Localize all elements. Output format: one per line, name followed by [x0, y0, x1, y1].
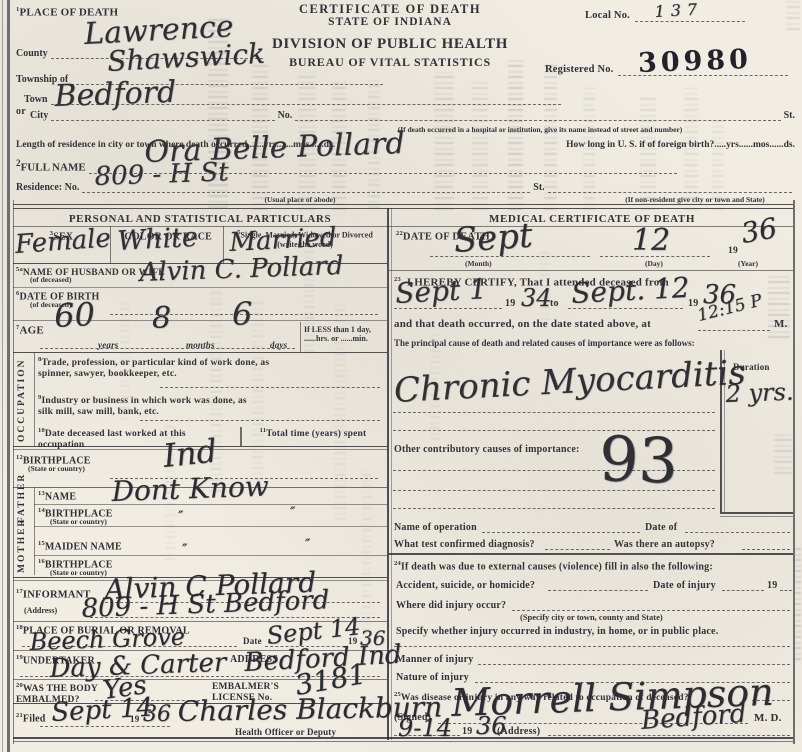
cause-of-death-value: Chronic Myocarditis	[393, 356, 746, 408]
husband-wife-sub: (of deceased)	[30, 276, 71, 285]
specify-injury-label: Specify whether injury occurred in indus…	[396, 626, 718, 638]
age-less-than-day-label: If LESS than 1 day, ......hrs. or ......…	[304, 325, 384, 343]
city-value: Bedford	[54, 78, 177, 112]
father-name-label: 13NAME	[38, 490, 76, 503]
manner-blank	[478, 664, 790, 665]
external-section-line	[389, 553, 793, 555]
abode-note: (Usual place of abode)	[200, 196, 400, 205]
form-right-border	[793, 200, 795, 744]
autopsy-blank	[742, 549, 790, 550]
injury-year-blank	[780, 590, 792, 591]
township-value: Shawswick	[107, 40, 266, 76]
local-no-line	[635, 21, 745, 22]
age-months-label: months	[186, 340, 215, 351]
death-certificate-scan: 1PLACE OF DEATH CERTIFICATE OF DEATH STA…	[0, 0, 802, 752]
birthplace-value: Ind	[162, 435, 219, 472]
death-month-value: Sept	[453, 219, 534, 258]
signed-date-value: 9-14	[398, 716, 452, 740]
signed-address-value: Bedford	[640, 701, 747, 734]
local-no-label: Local No.	[585, 10, 630, 22]
manner-of-injury-label: Manner of injury	[396, 654, 473, 666]
street-no-label: No.	[278, 110, 293, 121]
row-line	[34, 555, 387, 556]
street-label: St.	[784, 110, 795, 121]
certificate-title: CERTIFICATE OF DEATH	[250, 2, 530, 17]
where-injury-note: (Specify city or town, county and State)	[520, 613, 663, 623]
mother-maiden-label: 15MAIDEN NAME	[38, 540, 122, 553]
attended-to-value: Sept. 12	[571, 274, 691, 308]
where-injury-blank	[512, 610, 790, 611]
duration-box-bottom-1	[720, 512, 793, 514]
bureau-title: BUREAU OF VITAL STATISTICS	[240, 55, 540, 69]
signed-year-prefix: 19	[462, 726, 472, 738]
death-day-sub: (Day)	[645, 260, 663, 269]
row-line	[34, 526, 387, 527]
age-years-label: years	[98, 340, 119, 351]
test-label: What test confirmed diagnosis?	[394, 539, 535, 551]
how-long-in-us-text: How long in U. S. if of foreign birth?..…	[566, 140, 795, 150]
age-label: 7AGE	[16, 324, 44, 338]
signed-address-blank	[548, 735, 790, 736]
residence-length-row: Length of residence in city or town wher…	[16, 140, 795, 150]
death-day-value: 12	[632, 226, 670, 256]
accident-label: Accident, suicide, or homicide?	[396, 580, 535, 592]
operation-date-blank	[685, 532, 790, 533]
occupation-side-label: OCCUPATION	[17, 358, 27, 442]
attended-from-value: Sept 1	[395, 275, 488, 308]
birthplace-sub: (State or country)	[28, 465, 85, 474]
city-label: City	[30, 110, 48, 121]
death-year-sub: (Year)	[738, 260, 758, 269]
death-time-blank	[698, 330, 770, 331]
operation-label: Name of operation	[394, 522, 477, 534]
trade-blank	[160, 387, 380, 388]
registered-no-value: 30980	[637, 44, 752, 79]
mother-maiden-ditto: ″	[182, 543, 187, 557]
death-occurred-text: and that death occurred, on the date sta…	[394, 318, 651, 331]
age-months-value: 8	[152, 304, 171, 334]
mother-side-label: MOTHER	[17, 527, 27, 573]
husband-wife-value: Alvin C. Pollard	[139, 253, 344, 286]
test-blank	[545, 549, 610, 550]
meridian-label: M.	[774, 318, 788, 331]
contributory-value: 93	[598, 428, 679, 493]
attended-from-year-value: 34	[521, 286, 552, 310]
mother-maiden-ditto: ″	[305, 538, 310, 552]
ink-smudge	[774, 430, 792, 474]
age-blank-line	[40, 348, 295, 349]
industry-label: 9Industry or business in which work was …	[38, 394, 263, 419]
attended-from-year-prefix: 19	[505, 298, 515, 310]
color-race-value: White	[117, 224, 199, 255]
scan-edge-line	[2, 0, 3, 752]
operation-date-label: Date of	[645, 522, 677, 534]
external-causes-label: 24If death was due to external causes (v…	[394, 560, 713, 573]
nonresident-note: (If non-resident give city or town and S…	[590, 196, 800, 205]
county-label: County	[16, 48, 48, 59]
father-birthplace-ditto: ″	[178, 510, 183, 524]
state-title: STATE OF INDIANA	[250, 16, 530, 30]
dotted-line	[548, 190, 792, 193]
filed-label: 21Filed	[16, 712, 46, 725]
death-year-prefix: 19	[728, 246, 738, 257]
where-injury-label: Where did injury occur?	[396, 600, 506, 612]
sidebar-divider	[34, 352, 35, 446]
full-name-label: 2FULL NAME	[16, 158, 86, 174]
division-title: DIVISION OF PUBLIC HEALTH	[240, 36, 540, 54]
bleed-noise	[362, 470, 371, 630]
industry-blank	[140, 420, 380, 421]
residence-value: 809 - H St	[94, 159, 229, 190]
trade-label: 8Trade, profession, or particular kind o…	[38, 356, 273, 381]
specify-blank	[394, 646, 790, 647]
health-officer-label: Health Officer or Deputy	[235, 727, 336, 738]
row-line	[13, 287, 387, 288]
age-days-label: days	[270, 340, 287, 351]
father-birthplace-ditto: ″	[290, 506, 295, 520]
scan-corner-smudge	[786, 0, 800, 30]
total-time-label: 11Total time (years) spent	[246, 427, 380, 440]
operation-blank	[482, 532, 640, 533]
contributory-label: Other contributory causes of importance:	[394, 444, 580, 456]
autopsy-label: Was there an autopsy?	[614, 539, 715, 551]
row-line	[389, 270, 793, 271]
bleed-noise	[252, 300, 263, 480]
accident-blank	[548, 590, 648, 591]
dotted-line	[82, 190, 530, 193]
death-year-value: 36	[739, 214, 779, 248]
local-no-value: 137	[654, 1, 703, 20]
filed-year-value: 36	[143, 704, 171, 726]
filed-date-value: Sept 14	[51, 695, 154, 726]
dotted-line	[51, 118, 274, 121]
registered-no-label: Registered No.	[545, 64, 614, 76]
age-days-value: 6	[232, 298, 252, 330]
scan-edge-line-thick	[7, 0, 10, 752]
burial-date-label: Date	[243, 636, 262, 647]
sex-value: Female	[14, 225, 111, 258]
age-less-divider	[300, 322, 301, 352]
dotted-line	[295, 118, 780, 121]
residence-st-label: St.	[533, 182, 544, 193]
scan-edge-smudge	[795, 545, 801, 660]
cause-blank-line	[393, 412, 715, 413]
injury-date-label: Date of injury	[653, 580, 716, 592]
or-label: or	[16, 106, 26, 118]
principal-cause-label: The principal cause of death and related…	[394, 338, 714, 348]
informant-label: 17INFORMANT	[16, 588, 91, 602]
signed-year-value: 36	[476, 714, 507, 738]
injury-date-blank	[722, 590, 764, 591]
town-label: Town	[24, 94, 48, 105]
death-month-sub: (Month)	[465, 260, 492, 269]
injury-year-prefix: 19	[767, 580, 777, 592]
father-name-value: Dont Know	[111, 473, 269, 506]
row-line	[13, 352, 387, 353]
form-left-border	[13, 200, 14, 744]
occupation-cell-divider	[240, 427, 242, 446]
informant-address-label: (Address)	[24, 606, 57, 615]
residence-label: Residence: No.	[16, 182, 79, 193]
contributory-blank-line	[393, 508, 715, 509]
duration-box-bottom-2	[720, 516, 793, 517]
city-row: City No. St.	[30, 110, 795, 121]
age-years-value: 60	[53, 298, 95, 332]
sidebar-divider	[34, 487, 35, 575]
section-divider-top-2	[13, 208, 793, 209]
